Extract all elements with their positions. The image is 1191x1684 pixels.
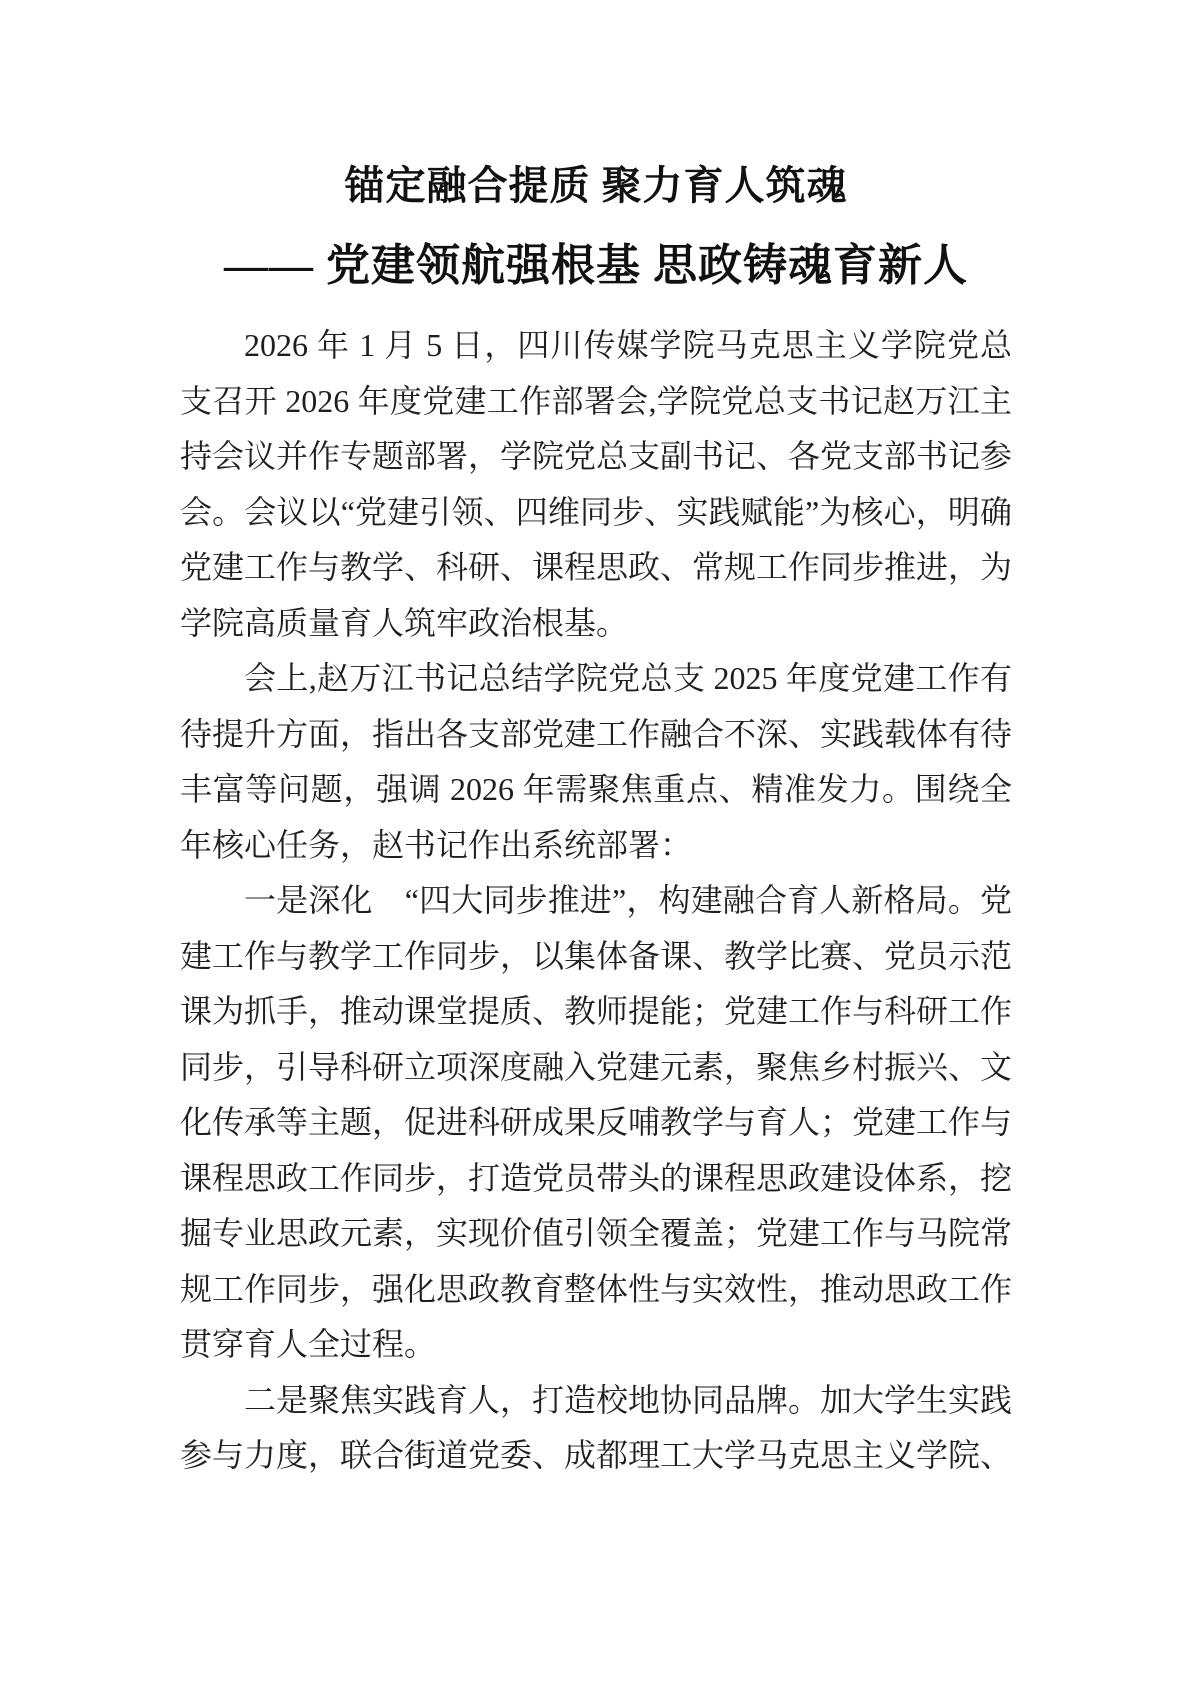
paragraph-point-one: 一是深化 “四大同步推进”，构建融合育人新格局。党建工作与教学工作同步，以集体备…	[180, 873, 1012, 1373]
paragraph-meeting-overview: 2026 年 1 月 5 日，四川传媒学院马克思主义学院党总支召开 2026 年…	[180, 318, 1012, 651]
document-content: 锚定融合提质 聚力育人筑魂 —— 党建领航强根基 思政铸魂育新人 2026 年 …	[180, 0, 1012, 1484]
document-title-block: 锚定融合提质 聚力育人筑魂 —— 党建领航强根基 思政铸魂育新人	[180, 0, 1012, 306]
paragraph-summary-2025: 会上,赵万江书记总结学院党总支 2025 年度党建工作有待提升方面，指出各支部党…	[180, 651, 1012, 873]
document-subtitle: —— 党建领航强根基 思政铸魂育新人	[180, 226, 1012, 306]
document-title: 锚定融合提质 聚力育人筑魂	[180, 146, 1012, 226]
document-body: 2026 年 1 月 5 日，四川传媒学院马克思主义学院党总支召开 2026 年…	[180, 318, 1012, 1484]
paragraph-point-two: 二是聚焦实践育人，打造校地协同品牌。加大学生实践参与力度，联合街道党委、成都理工…	[180, 1373, 1012, 1484]
document-page: 锚定融合提质 聚力育人筑魂 —— 党建领航强根基 思政铸魂育新人 2026 年 …	[0, 0, 1191, 1684]
